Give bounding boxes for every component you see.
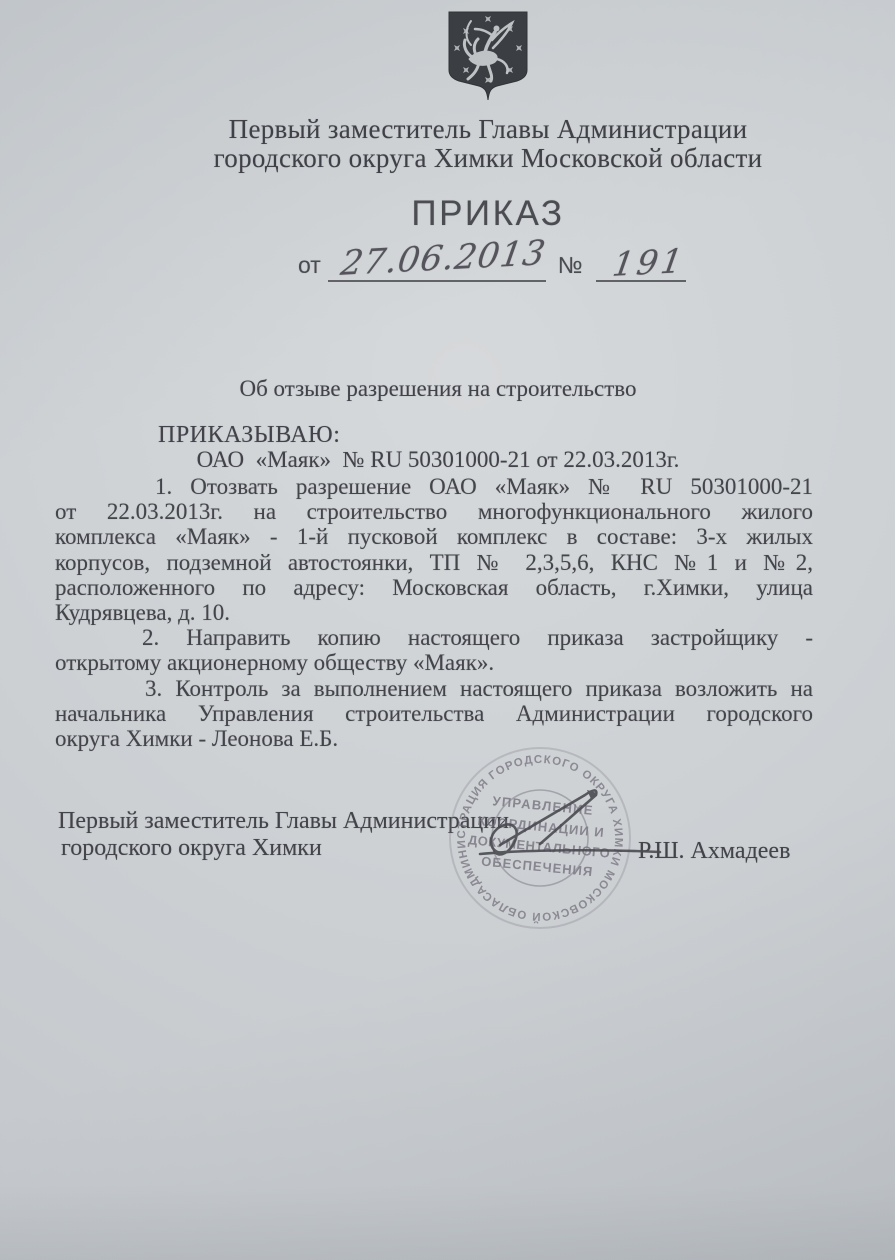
signatory-title-line-2: городского округа Химки	[61, 835, 322, 862]
body-line: открытому акционерному обществу «Маяк».	[55, 650, 813, 675]
scanned-order-document: Первый заместитель Главы Администрации г…	[0, 0, 895, 1260]
document-type-title: ПРИКАЗ	[81, 194, 895, 234]
date-number-line: от 27.06.2013 № 191	[298, 244, 686, 282]
body-line: расположенного по адресу: Московская обл…	[55, 575, 813, 600]
handwritten-number: 191	[610, 241, 688, 284]
number-field: 191	[596, 244, 686, 282]
date-field: 27.06.2013	[328, 244, 546, 282]
paragraph-1: 1. Отозвать разрешение ОАО «Маяк» № RU 5…	[55, 474, 813, 625]
order-body: 1. Отозвать разрешение ОАО «Маяк» № RU 5…	[55, 474, 813, 751]
body-line: от 22.03.2013г. на строительство многофу…	[55, 499, 813, 524]
body-line: 2. Направить копию настоящего приказа за…	[55, 625, 813, 650]
order-word: ПРИКАЗЫВАЮ:	[158, 422, 340, 449]
header-line-1: Первый заместитель Главы Администрации	[81, 115, 895, 144]
body-line: комплекса «Маяк» - 1-й пусковой комплекс…	[55, 524, 813, 549]
paragraph-3: 3. Контроль за выполнением настоящего пр…	[55, 676, 813, 752]
body-line: Кудрявцева, д. 10.	[55, 600, 813, 625]
paragraph-2: 2. Направить копию настоящего приказа за…	[55, 625, 813, 675]
body-line: корпусов, подземной автостоянки, ТП № 2,…	[55, 550, 813, 575]
body-line: округа Химки - Леонова Е.Б.	[55, 726, 813, 751]
round-stamp: АДМИНИСТРАЦИЯ ГОРОДСКОГО ОКРУГА ХИМКИ МО…	[435, 733, 665, 943]
body-line: 1. Отозвать разрешение ОАО «Маяк» № RU 5…	[55, 474, 813, 499]
header-line-2: городского округа Химки Московской облас…	[81, 144, 895, 173]
issuing-authority-header: Первый заместитель Главы Администрации г…	[81, 115, 895, 173]
from-label: от	[298, 252, 321, 282]
coat-of-arms-icon	[446, 10, 530, 104]
subject-line-1: Об отзыве разрешения на строительство	[0, 377, 876, 401]
handwritten-date: 27.06.2013	[338, 233, 549, 284]
subject-line-2: ОАО «Маяк» № RU 50301000-21 от 22.03.201…	[0, 448, 876, 472]
number-label: №	[558, 252, 583, 282]
body-line: 3. Контроль за выполнением настоящего пр…	[55, 676, 813, 701]
body-line: начальника Управления строительства Адми…	[55, 701, 813, 726]
